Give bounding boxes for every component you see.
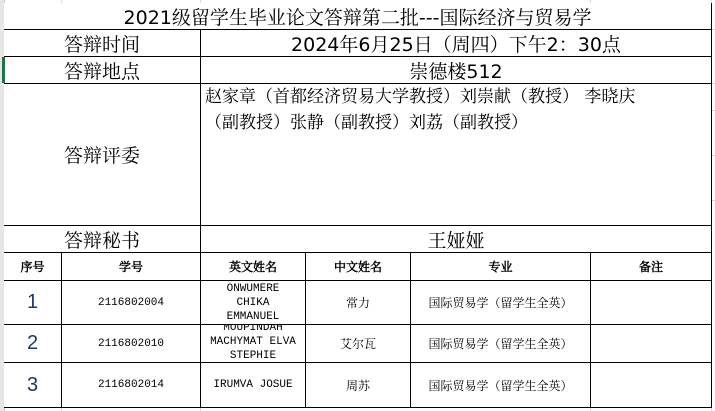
- row3-note[interactable]: [590, 362, 712, 408]
- header-chinese-name[interactable]: 中文姓名: [305, 252, 411, 281]
- committee-label: 答辩评委: [64, 141, 140, 168]
- row1-major-text: 国际贸易学（留学生全英）: [428, 294, 572, 311]
- row3-english-name-text: IRUMVA JOSUE: [213, 378, 292, 392]
- row2-english-name[interactable]: MOUPINDAH MACHYMAT ELVA STEPHIE: [200, 324, 306, 363]
- row2-major[interactable]: 国际贸易学（留学生全英）: [410, 324, 591, 363]
- row2-no-text: 2: [27, 332, 38, 355]
- time-value: 2024年6月25日（周四）下午2：30点: [291, 30, 621, 57]
- row3-major[interactable]: 国际贸易学（留学生全英）: [410, 362, 591, 408]
- secretary-label: 答辩秘书: [64, 226, 140, 253]
- row1-major[interactable]: 国际贸易学（留学生全英）: [410, 280, 591, 325]
- header-student-id[interactable]: 学号: [61, 252, 201, 281]
- committee-value-cell[interactable]: 赵家章（首都经济贸易大学教授）刘崇献（教授） 李晓庆 （副教授）张静（副教授）刘…: [200, 83, 712, 226]
- header-chinese-name-text: 中文姓名: [334, 258, 382, 275]
- place-value-cell[interactable]: 崇德楼512: [200, 56, 712, 84]
- row1-english-name[interactable]: ONWUMERE CHIKA EMMANUEL: [200, 280, 306, 325]
- secretary-value-cell[interactable]: 王娅娅: [200, 225, 712, 253]
- header-note[interactable]: 备注: [590, 252, 712, 281]
- row2-major-text: 国际贸易学（留学生全英）: [428, 335, 572, 352]
- secretary-value: 王娅娅: [427, 226, 484, 253]
- place-label: 答辩地点: [64, 57, 140, 84]
- row1-note[interactable]: [590, 280, 712, 325]
- place-value: 崇德楼512: [409, 57, 502, 84]
- row1-chinese-name-text: 常力: [346, 294, 370, 311]
- row2-english-name-text: MOUPINDAH MACHYMAT ELVA STEPHIE: [207, 324, 299, 363]
- row1-chinese-name[interactable]: 常力: [305, 280, 411, 325]
- header-note-text: 备注: [639, 258, 663, 275]
- title-text: 2021级留学生毕业论文答辩第二批---国际经济与贸易学: [124, 3, 592, 30]
- row2-id[interactable]: 2116802010: [61, 324, 201, 363]
- time-label-cell[interactable]: 答辩时间: [4, 29, 201, 57]
- row1-english-name-text: ONWUMERE CHIKA EMMANUEL: [207, 282, 299, 324]
- row1-no-text: 1: [27, 291, 38, 314]
- active-row-indicator: [2, 57, 5, 83]
- secretary-label-cell[interactable]: 答辩秘书: [4, 225, 201, 253]
- row2-chinese-name[interactable]: 艾尔瓦: [305, 324, 411, 363]
- header-english-name[interactable]: 英文姓名: [200, 252, 306, 281]
- row3-no-text: 3: [27, 374, 38, 397]
- row2-chinese-name-text: 艾尔瓦: [340, 335, 376, 352]
- committee-line-1: 赵家章（首都经济贸易大学教授）刘崇献（教授） 李晓庆: [205, 84, 635, 110]
- committee-line-2: （副教授）张静（副教授）刘荔（副教授）: [205, 110, 528, 136]
- row3-major-text: 国际贸易学（留学生全英）: [428, 377, 572, 394]
- header-major[interactable]: 专业: [410, 252, 591, 281]
- row2-id-text: 2116802010: [98, 337, 164, 351]
- header-no[interactable]: 序号: [4, 252, 62, 281]
- place-label-cell[interactable]: 答辩地点: [4, 56, 201, 84]
- time-value-cell[interactable]: 2024年6月25日（周四）下午2：30点: [200, 29, 712, 57]
- row3-id[interactable]: 2116802014: [61, 362, 201, 408]
- row1-no[interactable]: 1: [4, 280, 62, 325]
- row3-chinese-name[interactable]: 周苏: [305, 362, 411, 408]
- row3-chinese-name-text: 周苏: [346, 377, 370, 394]
- committee-label-cell[interactable]: 答辩评委: [4, 83, 201, 226]
- header-english-name-text: 英文姓名: [229, 258, 277, 275]
- row1-id-text: 2116802004: [98, 296, 164, 310]
- header-student-id-text: 学号: [119, 258, 143, 275]
- header-no-text: 序号: [20, 258, 44, 275]
- row3-id-text: 2116802014: [98, 378, 164, 392]
- row3-no[interactable]: 3: [4, 362, 62, 408]
- row3-english-name[interactable]: IRUMVA JOSUE: [200, 362, 306, 408]
- row1-id[interactable]: 2116802004: [61, 280, 201, 325]
- header-major-text: 专业: [488, 258, 512, 275]
- document-title[interactable]: 2021级留学生毕业论文答辩第二批---国际经济与贸易学: [4, 3, 712, 30]
- row2-no[interactable]: 2: [4, 324, 62, 363]
- row2-note[interactable]: [590, 324, 712, 363]
- time-label: 答辩时间: [64, 30, 140, 57]
